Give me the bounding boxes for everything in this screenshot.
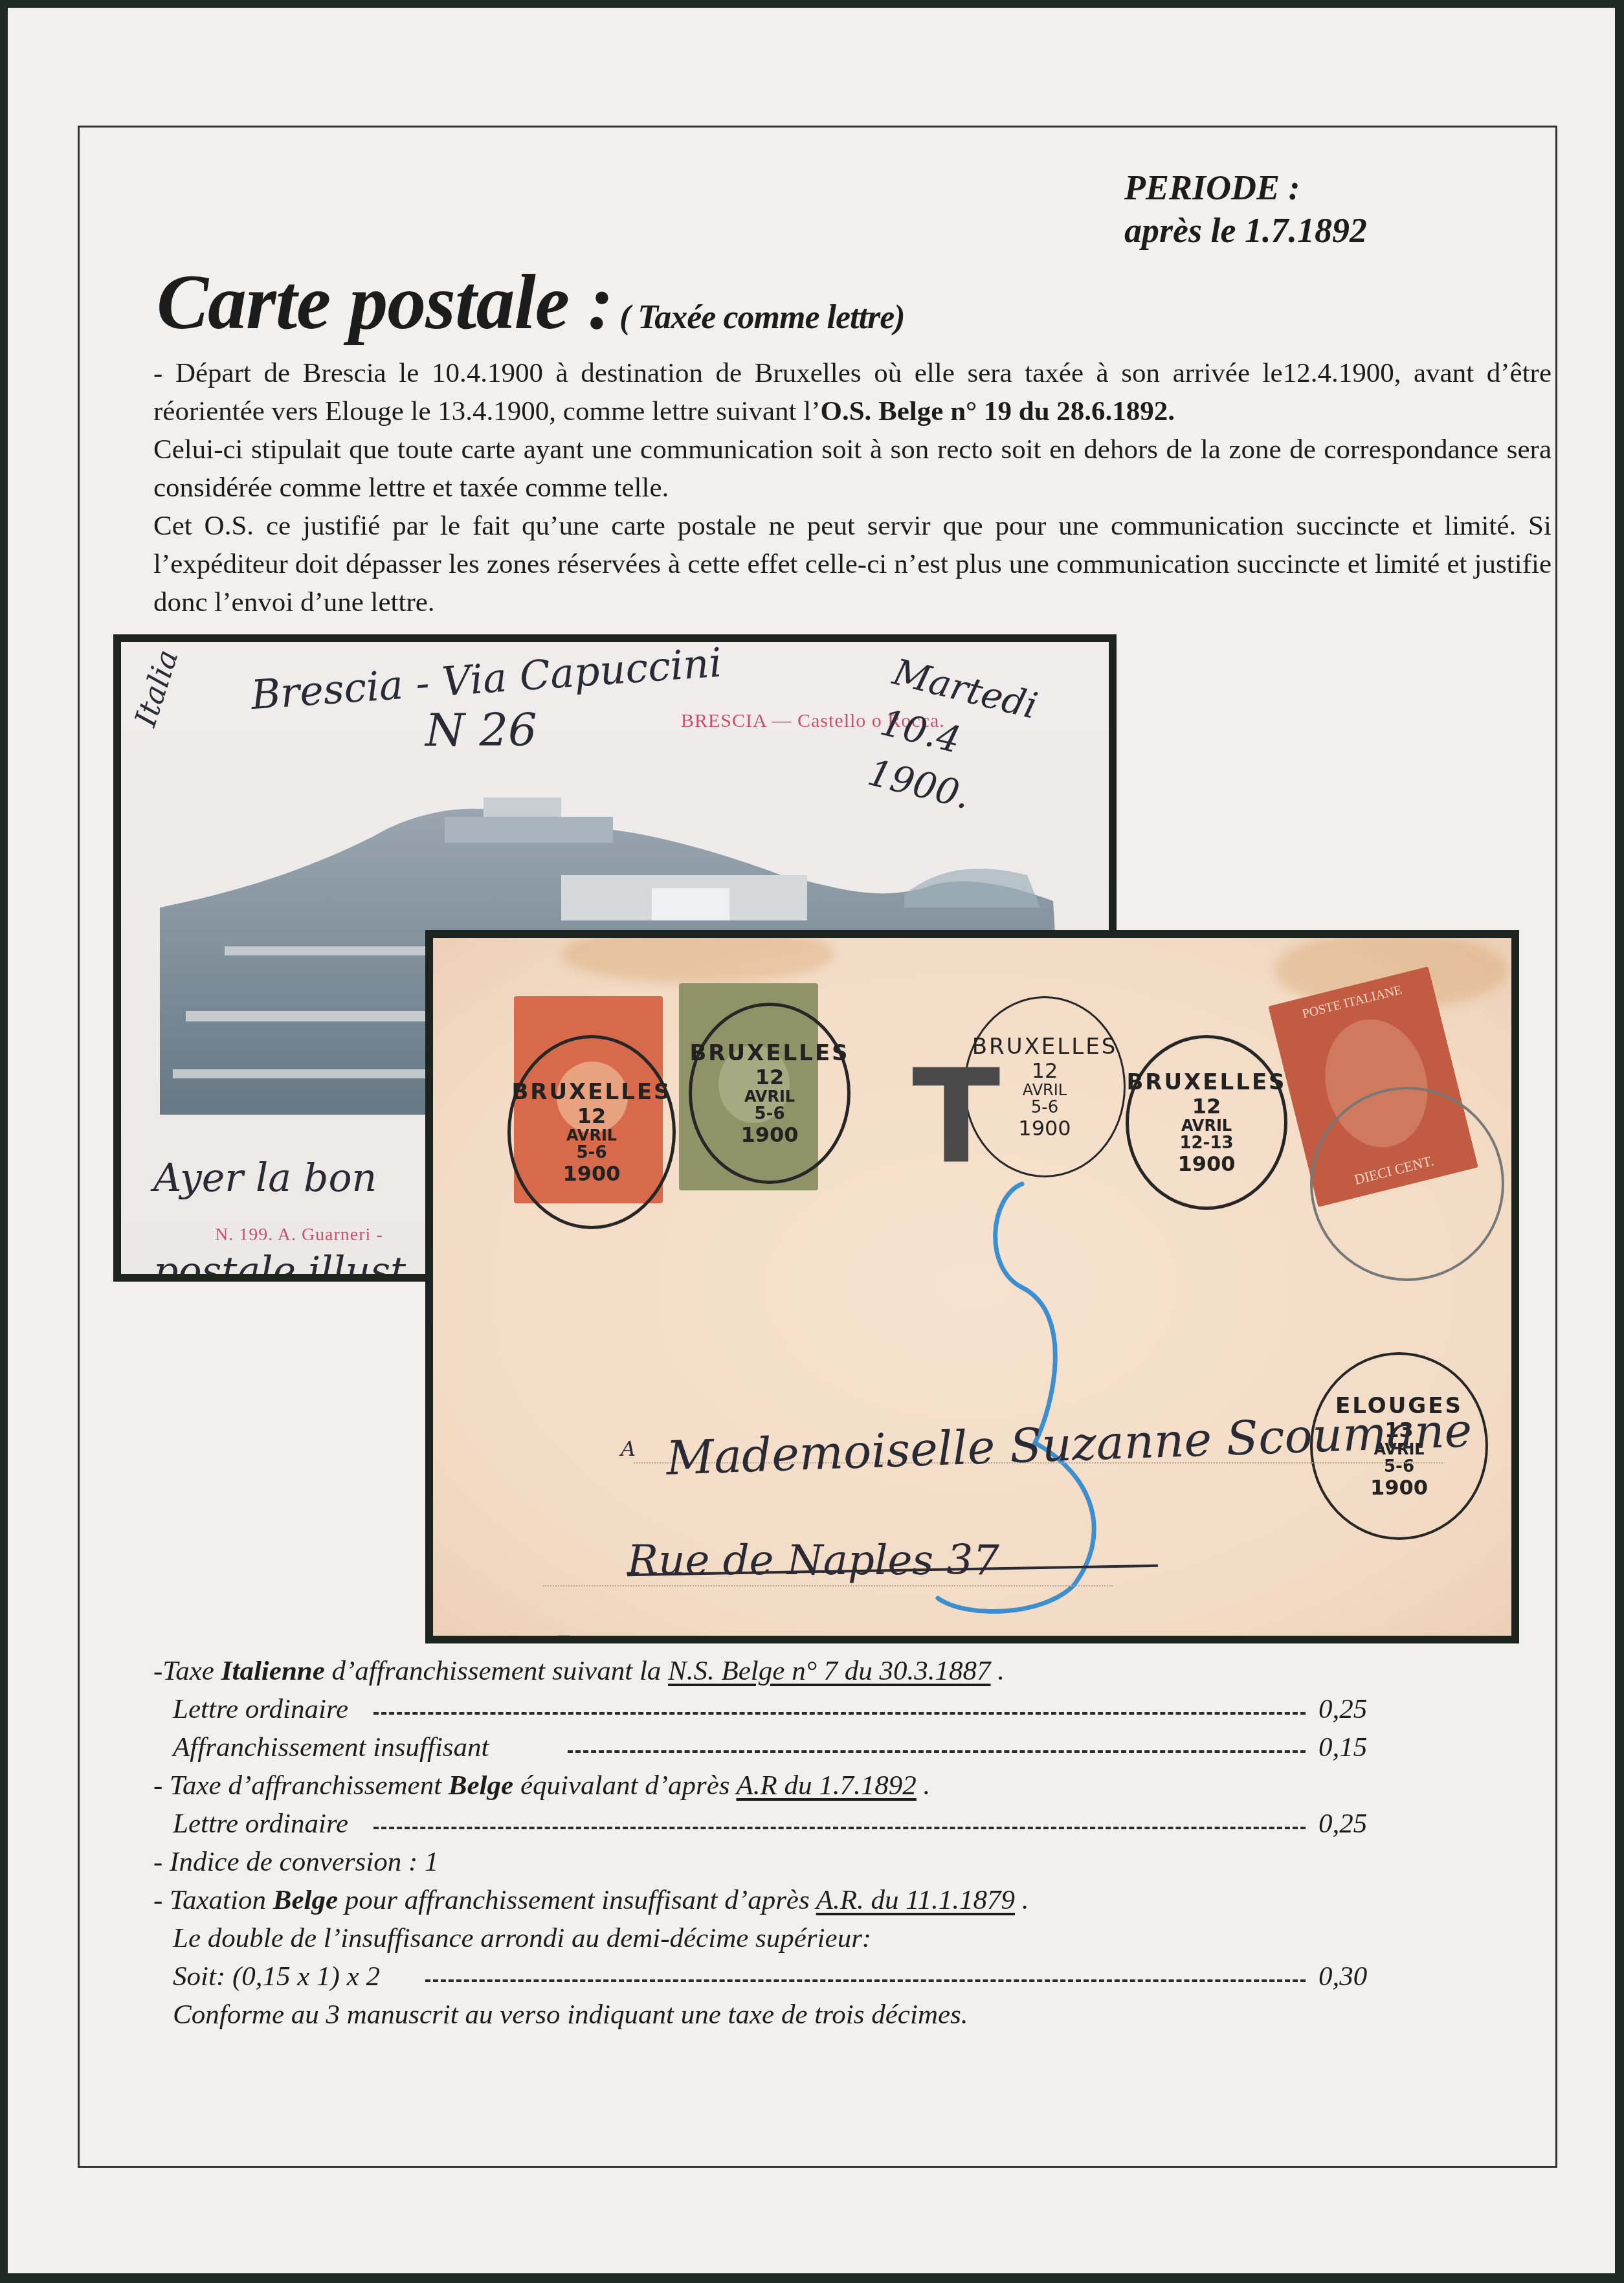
calc-value: 0,25	[1318, 1690, 1367, 1728]
handwriting-message: Ayer la bon postale illust Bien des	[153, 1108, 406, 1282]
ns-reference: N.S. Belge n° 7 du 30.3.1887	[668, 1656, 991, 1686]
intro-paragraph-3: Cet O.S. ce justifié par le fait qu’une …	[153, 507, 1552, 621]
os-reference: O.S. Belge n° 19 du 28.6.1892.	[820, 396, 1175, 427]
intro-paragraph-1: - Départ de Brescia le 10.4.1900 à desti…	[153, 354, 1552, 430]
period-block: PERIODE : après le 1.7.1892	[1124, 166, 1367, 252]
period-value: après le 1.7.1892	[1124, 209, 1367, 252]
calc-value: 0,25	[1318, 1805, 1367, 1843]
calc-conclusion: Conforme au 3 manuscrit au verso indiqua…	[153, 1996, 1383, 2034]
tax-calculation: -Taxe Italienne d’affranchissement suiva…	[153, 1652, 1383, 2034]
calc-row-soit: Soit: (0,15 x 1) x 2 0,30	[153, 1957, 1383, 1996]
tax-t-mark: T	[912, 1041, 1000, 1192]
page-title: Carte postale :( Taxée comme lettre)	[157, 257, 905, 363]
ar-reference-1892: A.R du 1.7.1892	[737, 1770, 917, 1801]
calc-rule-text: Le double de l’insuffisance arrondi au d…	[153, 1919, 1383, 1957]
redirect-town: Elouges	[504, 1624, 766, 1643]
calc-row-lettre-ordinaire: Lettre ordinaire 0,25	[153, 1690, 1383, 1728]
postcard-address-side: POSTE ITALIANE DIECI CENT. BRUXELLES 12 …	[425, 930, 1519, 1643]
ar-reference-1879: A.R. du 11.1.1879	[816, 1885, 1015, 1915]
street-struck-through: Rue de Naples 37	[627, 1537, 999, 1585]
calc-value: 0,15	[1318, 1728, 1367, 1766]
italian-cancel-mark	[1310, 1087, 1504, 1281]
calc-value: 0,30	[1318, 1957, 1367, 1996]
calc-conversion-index: - Indice de conversion : 1	[153, 1843, 1383, 1881]
address-prefix: A	[621, 1436, 636, 1461]
calc-belgian-taxation-heading: - Taxation Belge pour affranchissement i…	[153, 1881, 1383, 1919]
intro-paragraph-2: Celui-ci stipulait que toute carte ayant…	[153, 430, 1552, 507]
handwriting-number: N 26	[425, 704, 537, 757]
calc-row-lettre-ordinaire-belge: Lettre ordinaire 0,25	[153, 1805, 1383, 1843]
postmark-bruxelles-1: BRUXELLES 12 AVRIL 5-6 1900	[507, 1035, 676, 1229]
calc-belgian-tax-heading: - Taxe d’affranchissement Belge équivala…	[153, 1766, 1383, 1805]
calc-row-affranchissement-insuffisant: Affranchissement insuffisant 0,15	[153, 1728, 1383, 1766]
handwriting-country: Italia	[128, 645, 185, 731]
album-page: PERIODE : après le 1.7.1892 Carte postal…	[8, 8, 1615, 2273]
period-label: PERIODE :	[1124, 166, 1367, 209]
title-subtitle: ( Taxée comme lettre)	[619, 299, 905, 336]
postmark-bruxelles-4: BRUXELLES 12 AVRIL 12-13 1900	[1126, 1035, 1287, 1210]
calc-italian-tax-heading: -Taxe Italienne d’affranchissement suiva…	[153, 1652, 1383, 1690]
postmark-bruxelles-2: BRUXELLES 12 AVRIL 5-6 1900	[689, 1003, 851, 1184]
title-text: Carte postale :	[157, 259, 613, 345]
intro-text: - Départ de Brescia le 10.4.1900 à desti…	[153, 354, 1552, 621]
